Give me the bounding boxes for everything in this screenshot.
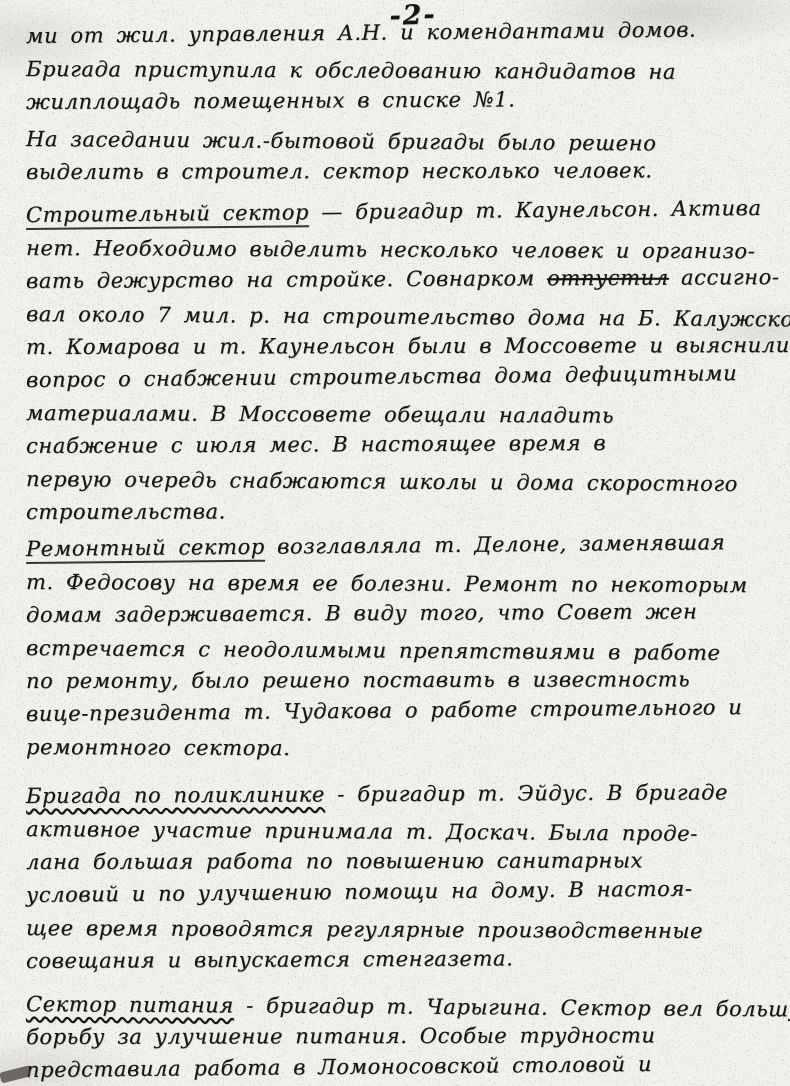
text-segment: представила работа в Ломоносовской столо… [26, 1052, 652, 1082]
manuscript-page: -2- ми от жил. управления А.Н. и коменда… [0, 0, 790, 1086]
text-segment: вал около 7 мил. р. на строительство дом… [26, 302, 790, 332]
paragraph: Строительный сектор — бригадир т. Каунел… [26, 199, 778, 529]
paragraph: ми от жил. управления А.Н. и комендантам… [26, 20, 778, 119]
manuscript-line: строительства. [26, 494, 778, 529]
text-segment: совещания и выпускается стенгазета. [26, 946, 513, 973]
text-segment: вать дежурство на стройке. Совнарком [26, 266, 547, 293]
manuscript-line: ми от жил. управления А.Н. и комендантам… [26, 13, 778, 53]
text-segment: снабжение с июля мес. В настоящее время … [26, 431, 606, 458]
text-segment: ассигно- [669, 265, 780, 290]
text-segment: условий и по улучшению помощи на дому. В… [26, 877, 693, 907]
section-heading: Бригада по поликлинике [26, 782, 325, 809]
manuscript-line: домам задерживается. В виду того, что Со… [26, 595, 778, 632]
text-segment: встречается с неодолимыми препятствиями … [26, 636, 721, 665]
text-segment: ми от жил. управления А.Н. и комендантам… [26, 18, 697, 48]
text-segment: выделить в строител. сектор несколько че… [26, 158, 653, 184]
struck-out-word: отпустил [547, 266, 669, 291]
manuscript-line: вице-президента т. Чудакова о работе стр… [26, 691, 778, 731]
text-segment: т. Федосову на время ее болезни. Ремонт … [26, 570, 748, 597]
paragraph: Ремонтный сектор возглавляла т. Делоне, … [26, 533, 778, 764]
text-segment: вице-президента т. Чудакова о работе стр… [26, 695, 743, 726]
text-segment: активное участие принимала т. Доскач. Бы… [26, 817, 698, 846]
text-segment: нет. Необходимо выделить несколько челов… [26, 236, 755, 263]
text-segment: На заседании жил.-бытовой бригады было р… [26, 127, 657, 155]
text-segment: - бригадир т. Эйдус. В бригаде [325, 780, 728, 806]
section-heading: Сектор питания [26, 992, 234, 1018]
paragraph: Сектор питания - бригадир т. Чарыгина. С… [26, 988, 778, 1086]
text-segment: борьбу за улучшение питания. Особые труд… [26, 1023, 656, 1049]
manuscript-line: вать дежурство на стройке. Совнарком отп… [26, 261, 778, 298]
manuscript-line: Бригада по поликлинике - бригадир т. Эйд… [26, 776, 778, 813]
manuscript-line: снабжение с июля мес. В настоящее время … [26, 426, 778, 463]
manuscript-text: ми от жил. управления А.Н. и комендантам… [26, 20, 778, 1086]
manuscript-line: ремонтного сектора. [26, 731, 778, 767]
text-segment: по ремонту, было решено поставить в изве… [26, 667, 690, 693]
paragraph: На заседании жил.-бытовой бригады было р… [26, 123, 778, 189]
text-segment: первую очередь снабжаются школы и дома с… [26, 467, 738, 496]
text-segment: щее время проводятся регулярные производ… [26, 916, 703, 943]
text-segment: строительства. [26, 499, 226, 524]
section-heading: Строительный сектор [26, 200, 309, 230]
manuscript-line: условий и по улучшению помощи на дому. В… [26, 872, 778, 912]
text-segment: домам задерживается. В виду того, что Со… [26, 599, 698, 627]
manuscript-line: представила работа в Ломоносовской столо… [26, 1047, 778, 1086]
text-segment: ремонтного сектора. [26, 735, 291, 760]
text-segment: вопрос о снабжении строительства дома де… [26, 361, 737, 392]
manuscript-line: жилплощадь помещенных в списке №1. [26, 82, 778, 119]
manuscript-line: Ремонтный сектор возглавляла т. Делоне, … [26, 526, 778, 566]
text-segment: Бригада приступила к обследованию кандид… [26, 57, 676, 84]
manuscript-line: Строительный сектор — бригадир т. Каунел… [26, 192, 778, 232]
section-heading: Ремонтный сектор [26, 535, 265, 564]
text-segment: — бригадир т. Каунельсон. Актива [309, 196, 762, 224]
text-segment: материалами. В Моссовете обещали наладит… [26, 401, 614, 428]
text-segment: возглавляла т. Делоне, заменявшая [265, 530, 726, 558]
text-segment: т. Комарова и т. Каунельсон были в Моссо… [26, 333, 790, 359]
text-segment: жилплощадь помещенных в списке №1. [26, 87, 516, 114]
text-segment: лана большая работа по повышению санитар… [26, 848, 643, 874]
text-segment: - бригадир т. Чарыгина. Сектор вел больш… [234, 993, 790, 1021]
manuscript-line: вопрос о снабжении строительства дома де… [26, 357, 778, 397]
manuscript-line: совещания и выпускается стенгазета. [26, 941, 778, 978]
paragraph: Бригада по поликлинике - бригадир т. Эйд… [26, 780, 778, 978]
manuscript-line: выделить в строител. сектор несколько че… [26, 154, 778, 189]
